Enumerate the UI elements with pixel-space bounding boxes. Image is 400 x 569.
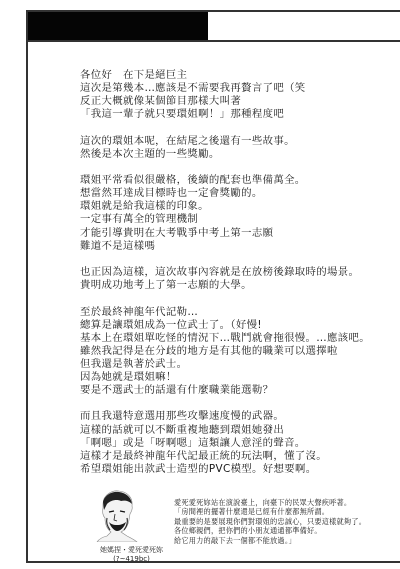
paragraph-greeting: 各位好 在下是絕巨主 這次是第幾本…應該是不需要我再贅言了吧（笑 反正大概就像某…	[80, 69, 400, 121]
text-line: 「啊嗯」或是「呀啊嗯」這類讓人意淫的聲音。	[80, 437, 400, 450]
text-line: 「我這一輩子就只要環姐啊！」那種程度吧	[80, 108, 400, 121]
paragraph-story: 也正因為這樣，這次故事內容就是在放榜後錄取時的場景。 貴明成功地考上了第一志願的…	[80, 266, 400, 292]
afterword-text: 各位好 在下是絕巨主 這次是第幾本…應該是不需要我再贅言了吧（笑 反正大概就像某…	[80, 69, 400, 489]
paragraph-impression: 環姐平常看似很嚴格，後續的配套也準備萬全。 想當然耳達成目標時也一定會獎勵的。 …	[80, 174, 400, 253]
text-line: 各位好 在下是絕巨主	[80, 69, 400, 82]
text-line: 想當然耳達成目標時也一定會獎勵的。	[80, 187, 400, 200]
text-line: 因為她就是環姐嘛！	[80, 371, 400, 384]
quote-line: 給它用力的敲下去一個都不能放過。」	[174, 536, 366, 545]
quote-line: 各位鄉親們，把你們的小朋友通通都準備好。	[174, 526, 366, 535]
paragraph-weapons: 而且我還特意選用那些攻擊速度慢的武器。 這樣的話就可以不斷重複地聽到環姐她發出 …	[80, 410, 400, 475]
paragraph-game: 至於最終神龍年代記勒… 總算是讓環姐成為一位武士了。（好慢! 基本上在環姐單吃怪…	[80, 306, 400, 398]
text-line: 環姐平常看似很嚴格，後續的配套也準備萬全。	[80, 174, 400, 187]
text-line: 總算是讓環姐成為一位武士了。（好慢!	[80, 319, 400, 332]
text-line: 貴明成功地考上了第一志願的大學。	[80, 279, 400, 292]
text-line: 也正因為這樣，這次故事內容就是在放榜後錄取時的場景。	[80, 266, 400, 279]
text-line: 希望環姐能出款武士造型的PVC模型。好想要啊。	[80, 463, 400, 476]
text-line: 這次的環姐本呢，在結尾之後還有一些故事。	[80, 135, 400, 148]
quote-line: 「房間裡的擺著什麼還是已經有什麼都無所謂。	[174, 507, 366, 516]
speech-quote: 愛死愛死妳站在演說臺上，向臺下的民眾大聲疾呼著。 「房間裡的擺著什麼還是已經有什…	[174, 498, 366, 545]
portrait-caption: 她媽捏・愛死愛死妳 (?~419bc)	[100, 546, 163, 563]
header-bar	[26, 10, 400, 42]
quote-line: 愛死愛死妳站在演說臺上，向臺下的民眾大聲疾呼著。	[174, 498, 366, 507]
caption-name: 她媽捏・愛死愛死妳	[100, 546, 163, 555]
caption-dates: (?~419bc)	[100, 555, 163, 564]
text-line: 才能引導貴明在大考戰爭中考上第一志願	[80, 227, 400, 240]
text-line: 要是不選武士的話還有什麼職業能選勒？	[80, 384, 400, 397]
text-line: 反正大概就像某個節目那樣大叫著	[80, 95, 400, 108]
classical-bust-portrait-icon	[95, 490, 139, 542]
text-line: 但我還是執著於武士。	[80, 358, 400, 371]
header-black-block	[28, 12, 208, 40]
text-line: 難道不是這樣嗎	[80, 240, 400, 253]
text-line: 這次是第幾本…應該是不需要我再贅言了吧（笑	[80, 82, 400, 95]
text-line: 雖然我記得是在分歧的地方是有其他的職業可以選擇啦	[80, 345, 400, 358]
text-line: 而且我還特意選用那些攻擊速度慢的武器。	[80, 410, 400, 423]
text-line: 然後是本次主題的一些獎勵。	[80, 148, 400, 161]
text-line: 至於最終神龍年代記勒…	[80, 306, 400, 319]
text-line: 一定事有萬全的管理機制	[80, 213, 400, 226]
text-line: 基本上在環姐單吃怪的情況下…戰鬥就會拖很慢。…應該吧。	[80, 332, 400, 345]
paragraph-intro: 這次的環姐本呢，在結尾之後還有一些故事。 然後是本次主題的一些獎勵。	[80, 135, 400, 161]
quote-line: 最重要的是要展現你們對環姐的忠誠心，只要這樣就夠了。	[174, 517, 366, 526]
text-line: 這樣才是最終神龍年代記最正統的玩法啊，懂了沒。	[80, 450, 400, 463]
text-line: 這樣的話就可以不斷重複地聽到環姐她發出	[80, 424, 400, 437]
text-line: 環姐就是給我這樣的印象。	[80, 200, 400, 213]
